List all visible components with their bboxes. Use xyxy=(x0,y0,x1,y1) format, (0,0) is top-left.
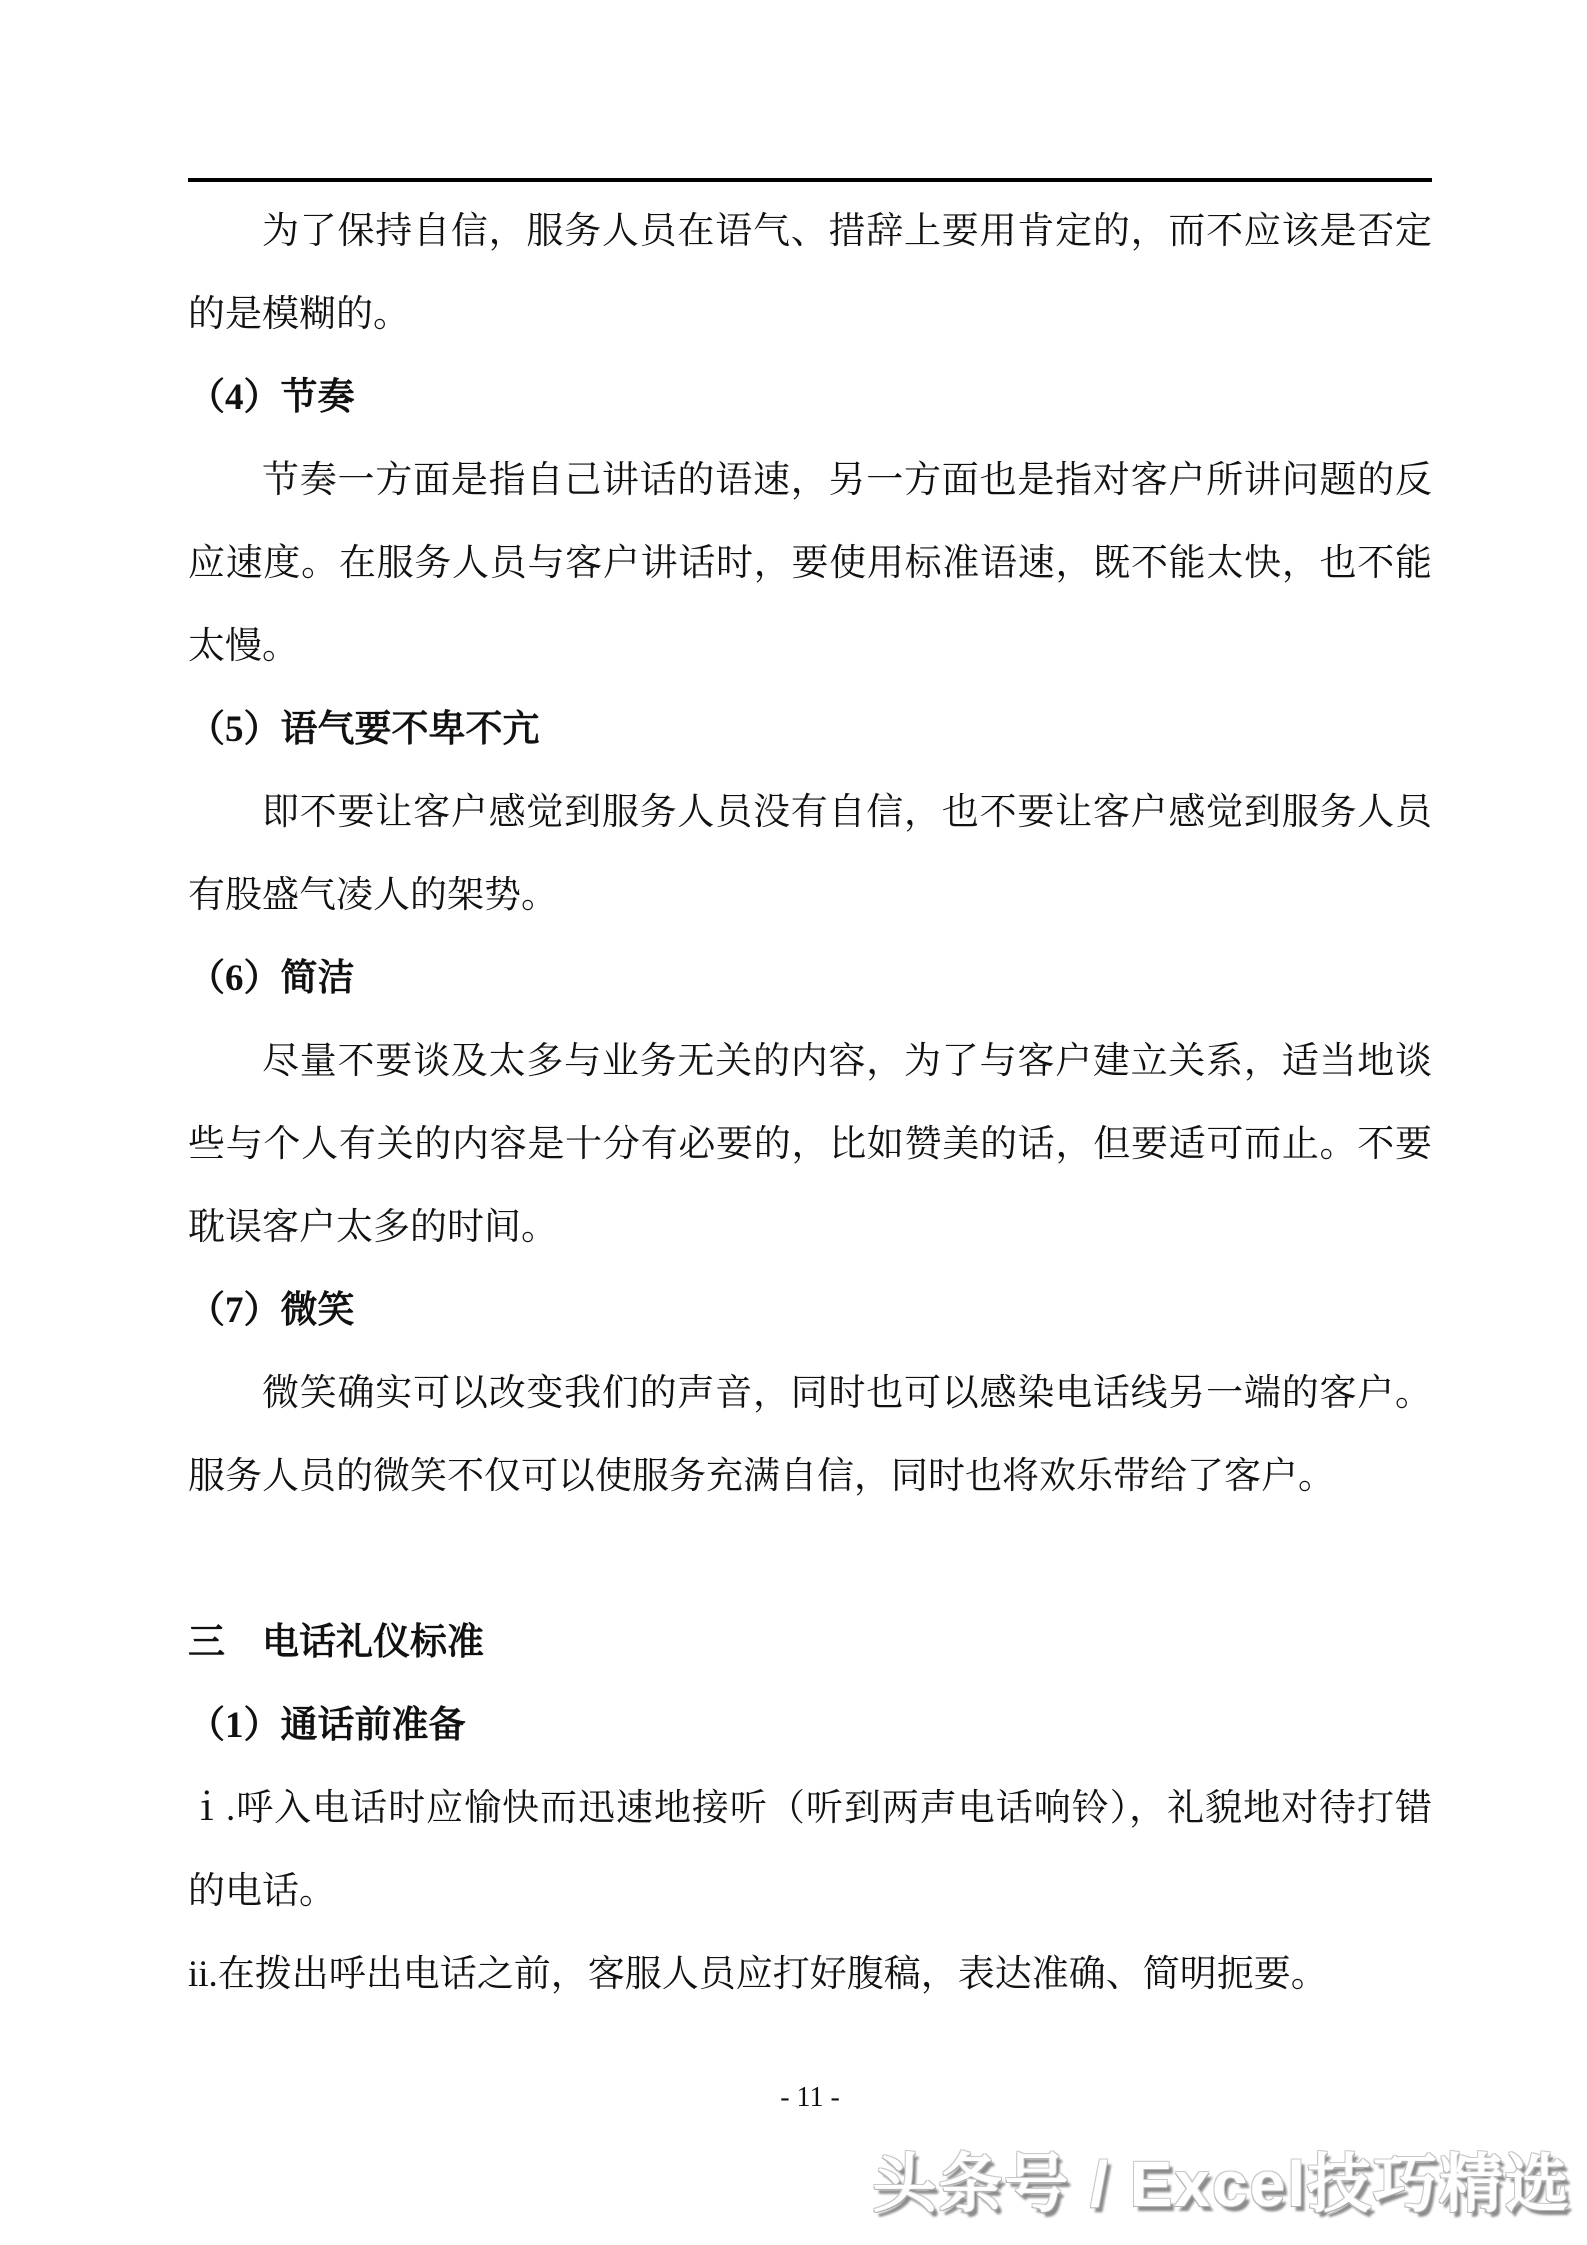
header-rule xyxy=(188,178,1432,182)
document-page: 为了保持自信，服务人员在语气、措辞上要用肯定的，而不应该是否定 的是模糊的。 （… xyxy=(0,0,1587,2245)
body-line: 为了保持自信，服务人员在语气、措辞上要用肯定的，而不应该是否定 xyxy=(188,190,1432,273)
body-line: 即不要让客户感觉到服务人员没有自信，也不要让客户感觉到服务人员 xyxy=(188,771,1432,854)
blank-line xyxy=(188,1518,1432,1601)
section-heading-6: （6）简洁 xyxy=(188,937,1432,1020)
page-number: - 11 - xyxy=(188,2080,1432,2116)
body-line: 的电话。 xyxy=(188,1850,1432,1933)
body-line: 有股盛气凌人的架势。 xyxy=(188,854,1432,937)
body-line: 些与个人有关的内容是十分有必要的，比如赞美的话，但要适可而止。不要 xyxy=(188,1103,1432,1186)
body-line: 耽误客户太多的时间。 xyxy=(188,1186,1432,1269)
chapter-heading-3: 三 电话礼仪标准 xyxy=(188,1601,1432,1684)
body-line: 太慢。 xyxy=(188,605,1432,688)
body-line: 微笑确实可以改变我们的声音，同时也可以感染电话线另一端的客户。 xyxy=(188,1352,1432,1435)
section-heading-1: （1）通话前准备 xyxy=(188,1684,1432,1767)
document-body: 为了保持自信，服务人员在语气、措辞上要用肯定的，而不应该是否定 的是模糊的。 （… xyxy=(188,190,1432,2016)
body-line: ｉ.呼入电话时应愉快而迅速地接听（听到两声电话响铃），礼貌地对待打错 xyxy=(188,1767,1432,1850)
body-line: 的是模糊的。 xyxy=(188,273,1432,356)
body-line: 服务人员的微笑不仅可以使服务充满自信，同时也将欢乐带给了客户。 xyxy=(188,1435,1432,1518)
section-heading-7: （7）微笑 xyxy=(188,1269,1432,1352)
section-heading-5: （5）语气要不卑不亢 xyxy=(188,688,1432,771)
body-line: 节奏一方面是指自己讲话的语速，另一方面也是指对客户所讲问题的反 xyxy=(188,439,1432,522)
body-line: ii.在拨出呼出电话之前，客服人员应打好腹稿，表达准确、简明扼要。 xyxy=(188,1933,1432,2016)
section-heading-4: （4）节奏 xyxy=(188,356,1432,439)
body-line: 应速度。在服务人员与客户讲话时，要使用标准语速，既不能太快，也不能 xyxy=(188,522,1432,605)
body-line: 尽量不要谈及太多与业务无关的内容，为了与客户建立关系，适当地谈 xyxy=(188,1020,1432,1103)
watermark-text: 头条号 / Excel技巧精选 xyxy=(872,2148,1571,2220)
